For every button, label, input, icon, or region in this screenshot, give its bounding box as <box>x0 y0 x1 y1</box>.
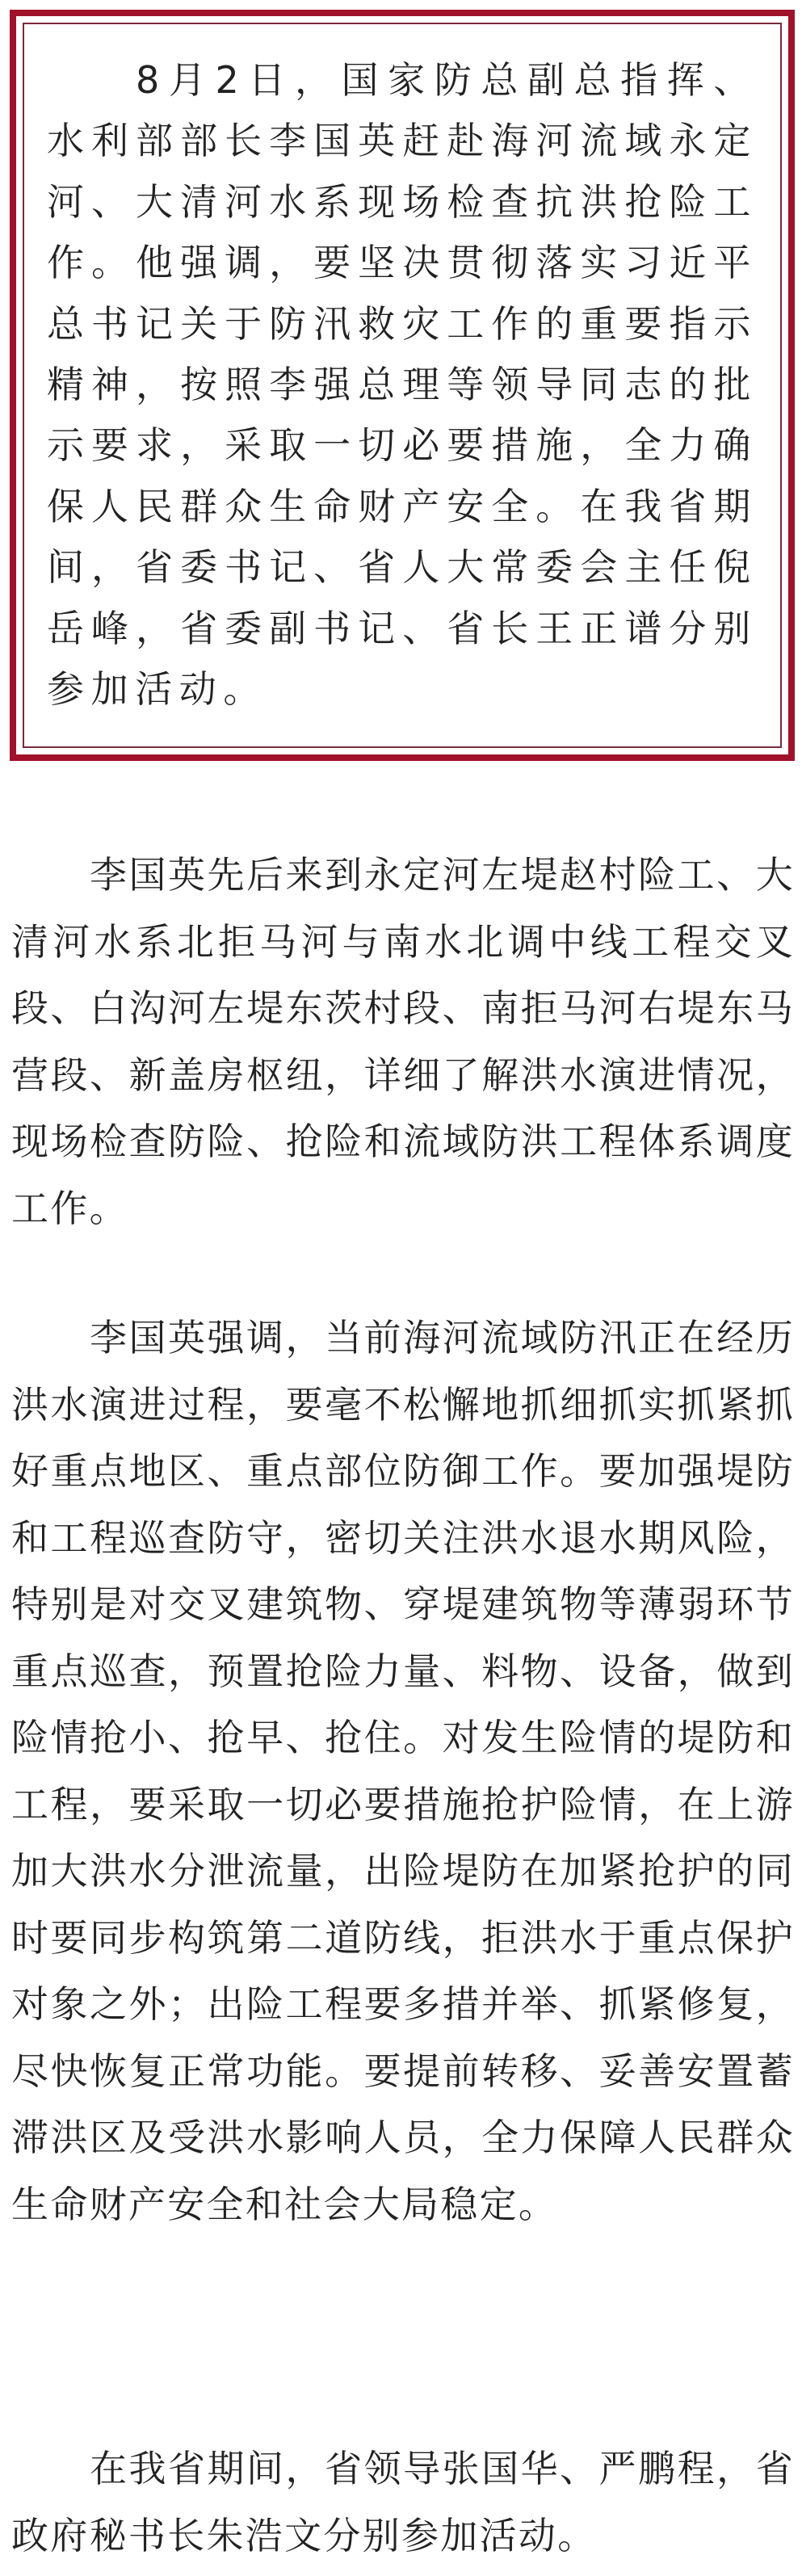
summary-paragraph: 8月2日，国家防总副总指挥、水利部部长李国英赶赴海河流域永定河、大清河水系现场检… <box>47 50 758 720</box>
body-paragraph-emphasis: 李国英强调，当前海河流域防汛正在经历洪水演进过程，要毫不松懈地抓细抓实抓紧抓好重… <box>11 1305 795 2238</box>
body-paragraph-inspection-sites: 李国英先后来到永定河左堤赵村险工、大清河水系北拒马河与南水北调中线工程交叉段、白… <box>11 842 795 1242</box>
body-paragraph-attendees: 在我省期间，省领导张国华、严鹏程，省政府秘书长朱浩文分别参加活动。 <box>11 2435 795 2569</box>
